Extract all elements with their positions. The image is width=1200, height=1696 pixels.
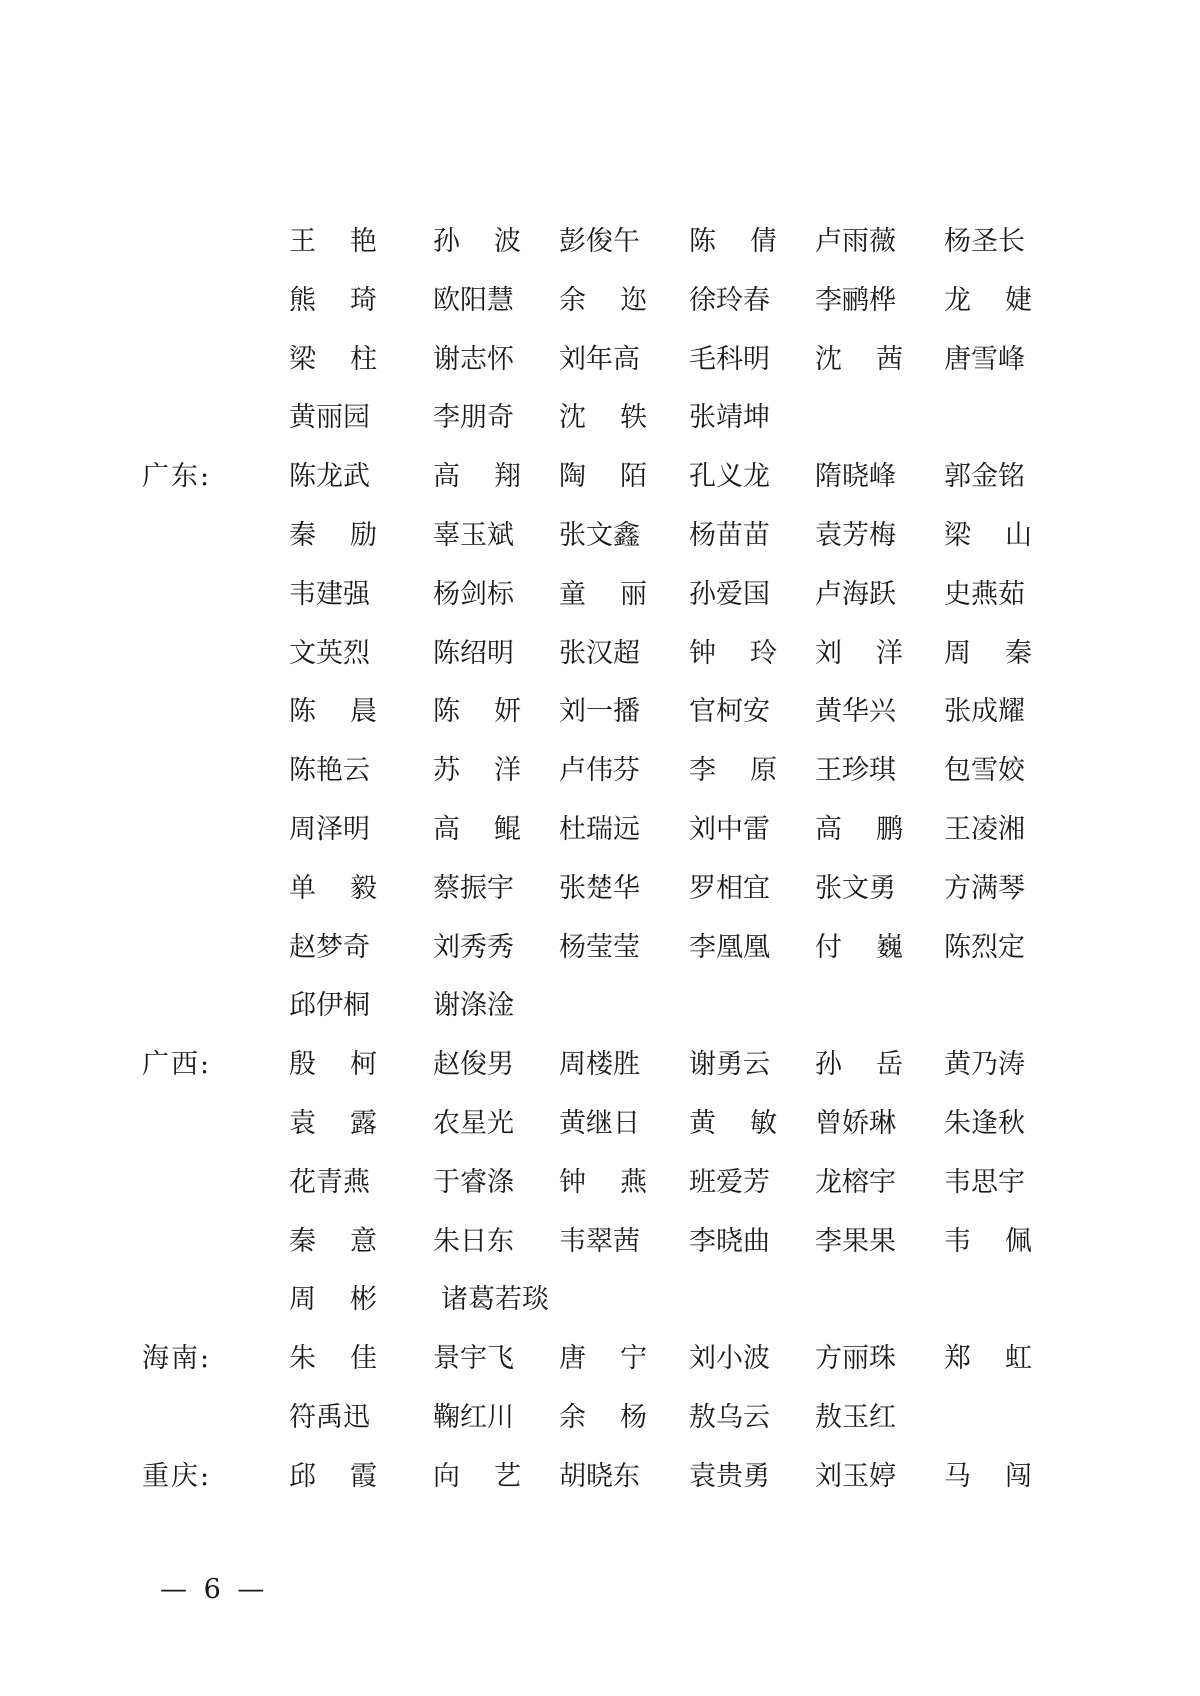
person-name: 胡晓东 [559,1457,647,1497]
person-name: 欧阳慧 [433,281,521,321]
person-name: 曾娇琳 [815,1104,903,1144]
person-name: 刘中雷 [689,810,777,850]
person-name: 龙婕 [944,281,1032,321]
name-row: 邱伊桐谢涤淦 [0,986,1200,1026]
person-name: 郑虹 [944,1339,1032,1379]
name-row: 符禹迅鞠红川余杨敖乌云敖玉红 [0,1398,1200,1438]
person-name: 刘年高 [559,340,647,380]
person-name: 谢志怀 [433,340,521,380]
person-name: 陈艳云 [289,751,377,791]
person-name: 苏洋 [433,751,521,791]
name-row: 重庆:邱霞向艺胡晓东袁贵勇刘玉婷马闯 [0,1457,1200,1497]
person-name: 敖玉红 [815,1398,903,1438]
person-name: 唐雪峰 [944,340,1032,380]
person-name: 毛科明 [689,340,777,380]
person-name: 方满琴 [944,869,1032,909]
person-name: 陶陌 [559,457,647,497]
person-name: 钟玲 [689,634,777,674]
person-name: 卢海跃 [815,575,903,615]
person-name: 张文鑫 [559,516,647,556]
name-row: 花青燕于睿涤钟燕班爱芳龙榕宇韦思宇 [0,1163,1200,1203]
name-row: 陈艳云苏洋卢伟芬李原王珍琪包雪姣 [0,751,1200,791]
document-page: 王艳孙波彭俊午陈倩卢雨薇杨圣长熊琦欧阳慧余迩徐玲春李鹂桦龙婕梁柱谢志怀刘年高毛科… [0,0,1200,1696]
person-name: 罗相宜 [689,869,777,909]
person-name: 包雪姣 [944,751,1032,791]
person-name: 杨剑标 [433,575,521,615]
name-row: 秦励辜玉斌张文鑫杨苗苗袁芳梅梁山 [0,516,1200,556]
person-name: 沈茜 [815,340,903,380]
name-row: 周泽明高鲲杜瑞远刘中雷高鹏王凌湘 [0,810,1200,850]
person-name: 杨苗苗 [689,516,777,556]
person-name: 王凌湘 [944,810,1032,850]
name-row: 梁柱谢志怀刘年高毛科明沈茜唐雪峰 [0,340,1200,380]
page-number: — 6 — [160,1570,268,1610]
person-name: 周楼胜 [559,1045,647,1085]
person-name: 隋晓峰 [815,457,903,497]
person-name: 黄乃涛 [944,1045,1032,1085]
name-row: 王艳孙波彭俊午陈倩卢雨薇杨圣长 [0,222,1200,262]
person-name: 赵俊男 [433,1045,521,1085]
name-row: 秦意朱日东韦翠茜李晓曲李果果韦佩 [0,1222,1200,1262]
person-name: 熊琦 [289,281,377,321]
person-name: 张汉超 [559,634,647,674]
person-name: 王艳 [289,222,377,262]
person-name: 唐宁 [559,1339,647,1379]
person-name: 陈妍 [433,692,521,732]
person-name: 龙榕宇 [815,1163,903,1203]
person-name: 邱伊桐 [289,986,377,1026]
person-name: 陈烈定 [944,928,1032,968]
name-row: 袁露农星光黄继日黄敏曾娇琳朱逢秋 [0,1104,1200,1144]
person-name: 张成耀 [944,692,1032,732]
person-name: 黄丽园 [289,398,377,438]
person-name: 孙爱国 [689,575,777,615]
person-name: 谢勇云 [689,1045,777,1085]
person-name: 李果果 [815,1222,903,1262]
person-name: 于睿涤 [433,1163,521,1203]
name-row: 赵梦奇刘秀秀杨莹莹李凰凰付巍陈烈定 [0,928,1200,968]
person-name: 沈轶 [559,398,647,438]
person-name: 文英烈 [289,634,377,674]
person-name: 周秦 [944,634,1032,674]
person-name: 袁露 [289,1104,377,1144]
name-row: 黄丽园李朋奇沈轶张靖坤 [0,398,1200,438]
person-name: 杜瑞远 [559,810,647,850]
person-name: 向艺 [433,1457,521,1497]
region-label: 广东: [142,457,211,497]
person-name: 杨莹莹 [559,928,647,968]
name-row: 单毅蔡振宇张楚华罗相宜张文勇方满琴 [0,869,1200,909]
person-name: 鞠红川 [433,1398,521,1438]
name-row: 周彬诸葛若琰 [0,1280,1200,1320]
person-name: 张文勇 [815,869,903,909]
person-name: 徐玲春 [689,281,777,321]
person-name: 赵梦奇 [289,928,377,968]
person-name: 付巍 [815,928,903,968]
person-name: 孔义龙 [689,457,777,497]
person-name: 秦励 [289,516,377,556]
person-name: 花青燕 [289,1163,377,1203]
region-label: 海南: [142,1339,211,1379]
person-name: 黄继日 [559,1104,647,1144]
person-name: 李朋奇 [433,398,521,438]
region-label: 重庆: [142,1457,211,1497]
person-name: 韦建强 [289,575,377,615]
name-row: 韦建强杨剑标童丽孙爱国卢海跃史燕茹 [0,575,1200,615]
person-name: 黄敏 [689,1104,777,1144]
person-name: 孙波 [433,222,521,262]
person-name: 余杨 [559,1398,647,1438]
person-name: 韦翠茜 [559,1222,647,1262]
person-name: 辜玉斌 [433,516,521,556]
person-name: 刘小波 [689,1339,777,1379]
person-name: 李晓曲 [689,1222,777,1262]
person-name: 李原 [689,751,777,791]
person-name: 刘洋 [815,634,903,674]
person-name: 杨圣长 [944,222,1032,262]
name-row: 文英烈陈绍明张汉超钟玲刘洋周秦 [0,634,1200,674]
person-name: 秦意 [289,1222,377,1262]
person-name: 童丽 [559,575,647,615]
person-name: 韦思宇 [944,1163,1032,1203]
person-name: 李凰凰 [689,928,777,968]
person-name: 邱霞 [289,1457,377,1497]
person-name: 孙岳 [815,1045,903,1085]
person-name: 韦佩 [944,1222,1032,1262]
person-name: 钟燕 [559,1163,647,1203]
person-name: 景宇飞 [433,1339,521,1379]
name-row: 广东:陈龙武高翔陶陌孔义龙隋晓峰郭金铭 [0,457,1200,497]
person-name: 殷柯 [289,1045,377,1085]
person-name: 周彬 [289,1280,377,1320]
person-name: 张楚华 [559,869,647,909]
person-name: 高鲲 [433,810,521,850]
person-name: 朱逢秋 [944,1104,1032,1144]
person-name: 张靖坤 [689,398,777,438]
person-name: 谢涤淦 [433,986,521,1026]
person-name: 刘玉婷 [815,1457,903,1497]
person-name: 方丽珠 [815,1339,903,1379]
person-name: 马闯 [944,1457,1032,1497]
person-name: 陈龙武 [289,457,377,497]
person-name: 梁柱 [289,340,377,380]
person-name: 李鹂桦 [815,281,903,321]
person-name: 敖乌云 [689,1398,777,1438]
name-row: 熊琦欧阳慧余迩徐玲春李鹂桦龙婕 [0,281,1200,321]
person-name: 单毅 [289,869,377,909]
person-name: 彭俊午 [559,222,647,262]
person-name: 朱佳 [289,1339,377,1379]
person-name: 梁山 [944,516,1032,556]
name-row: 广西:殷柯赵俊男周楼胜谢勇云孙岳黄乃涛 [0,1045,1200,1085]
person-name: 诸葛若琰 [441,1280,549,1320]
person-name: 朱日东 [433,1222,521,1262]
person-name: 余迩 [559,281,647,321]
person-name: 符禹迅 [289,1398,377,1438]
name-row: 陈晨陈妍刘一播官柯安黄华兴张成耀 [0,692,1200,732]
person-name: 刘秀秀 [433,928,521,968]
person-name: 袁贵勇 [689,1457,777,1497]
name-row: 海南:朱佳景宇飞唐宁刘小波方丽珠郑虹 [0,1339,1200,1379]
region-label: 广西: [142,1045,211,1085]
person-name: 农星光 [433,1104,521,1144]
person-name: 刘一播 [559,692,647,732]
person-name: 黄华兴 [815,692,903,732]
person-name: 史燕茹 [944,575,1032,615]
person-name: 郭金铭 [944,457,1032,497]
person-name: 陈晨 [289,692,377,732]
person-name: 陈绍明 [433,634,521,674]
person-name: 袁芳梅 [815,516,903,556]
person-name: 高翔 [433,457,521,497]
person-name: 官柯安 [689,692,777,732]
person-name: 卢雨薇 [815,222,903,262]
person-name: 周泽明 [289,810,377,850]
person-name: 高鹏 [815,810,903,850]
person-name: 卢伟芬 [559,751,647,791]
person-name: 蔡振宇 [433,869,521,909]
person-name: 陈倩 [689,222,777,262]
person-name: 王珍琪 [815,751,903,791]
person-name: 班爱芳 [689,1163,777,1203]
